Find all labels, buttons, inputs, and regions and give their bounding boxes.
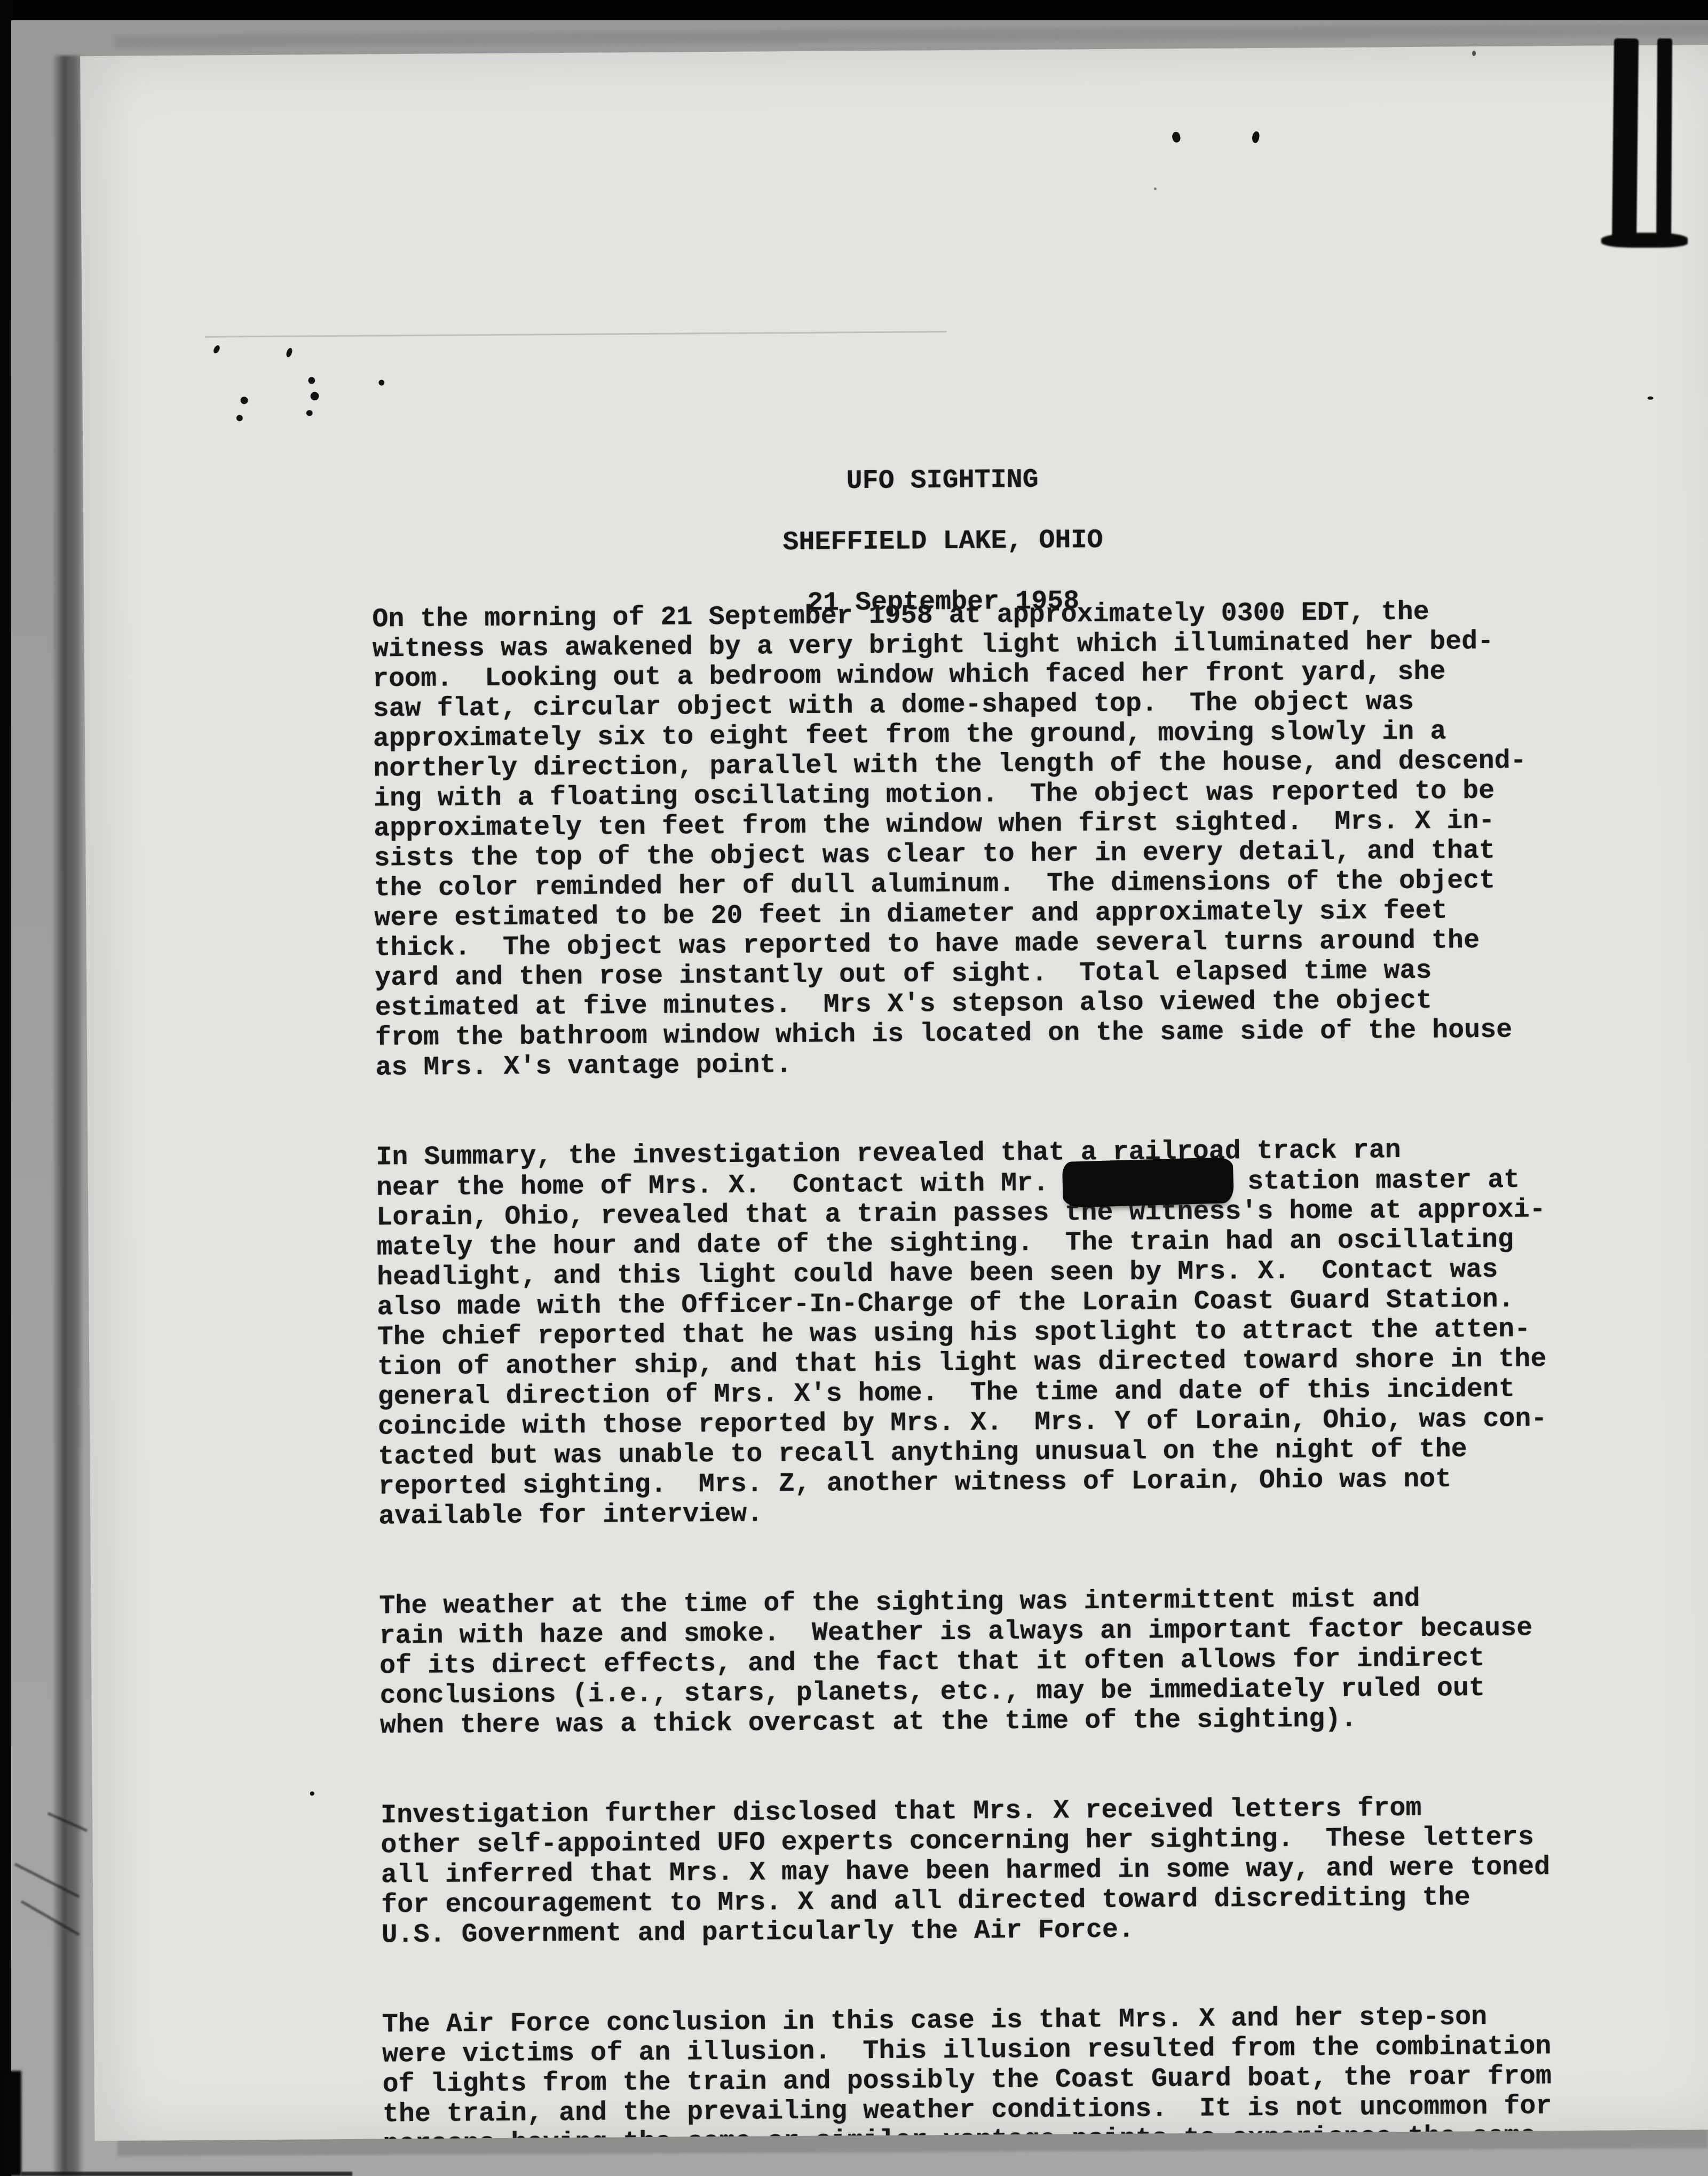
ink-speck xyxy=(1648,397,1654,400)
ink-speck xyxy=(306,410,313,416)
ink-speck xyxy=(310,1791,314,1795)
binding-mark-base xyxy=(1601,233,1688,248)
document-body: On the morning of 21 September 1958 at a… xyxy=(372,596,1610,2141)
ink-speck xyxy=(378,379,384,385)
paragraph-conclusion: The Air Force conclusion in this case is… xyxy=(382,2002,1611,2141)
ink-speck xyxy=(1154,187,1157,190)
redaction-bar xyxy=(1062,1157,1234,1208)
paragraph-weather: The weather at the time of the sighting … xyxy=(379,1584,1608,1742)
ink-speck xyxy=(213,344,221,354)
scan-left-border xyxy=(0,0,11,2176)
ink-speck xyxy=(310,392,319,400)
paragraph-investigation-summary: In Summary, the investigation revealed t… xyxy=(376,1134,1606,1532)
scan-top-border xyxy=(0,0,1708,20)
title-line-subject: UFO SIGHTING xyxy=(846,465,1038,497)
binding-mark-bar xyxy=(1656,38,1672,244)
ink-speck xyxy=(1472,51,1476,56)
paper-left-edge-shadow xyxy=(53,56,83,2176)
scan-bottom-edge-line xyxy=(21,2172,352,2176)
scratch-line xyxy=(205,331,947,338)
ink-speck xyxy=(1252,131,1260,144)
binding-mark-bar xyxy=(1612,38,1639,244)
document-paper: UFO SIGHTING SHEFFIELD LAKE, OHIO 21 Sep… xyxy=(80,45,1708,2141)
ink-speck xyxy=(1171,131,1182,143)
ink-speck xyxy=(236,415,243,421)
paragraph-sighting-description: On the morning of 21 September 1958 at a… xyxy=(372,596,1603,1083)
ink-speck xyxy=(286,347,292,358)
ink-speck xyxy=(241,397,248,404)
scanned-document-page: { "document": { "title_line1": "UFO SIGH… xyxy=(0,0,1708,2176)
scan-bottom-left-border xyxy=(0,2071,21,2176)
paragraph2-text-after: station master at Lorain, Ohio, revealed… xyxy=(376,1165,1547,1532)
paragraph-letters: Investigation further disclosed that Mrs… xyxy=(381,1793,1609,1951)
title-line-location: SHEFFIELD LAKE, OHIO xyxy=(782,525,1103,558)
ink-speck xyxy=(308,377,315,384)
